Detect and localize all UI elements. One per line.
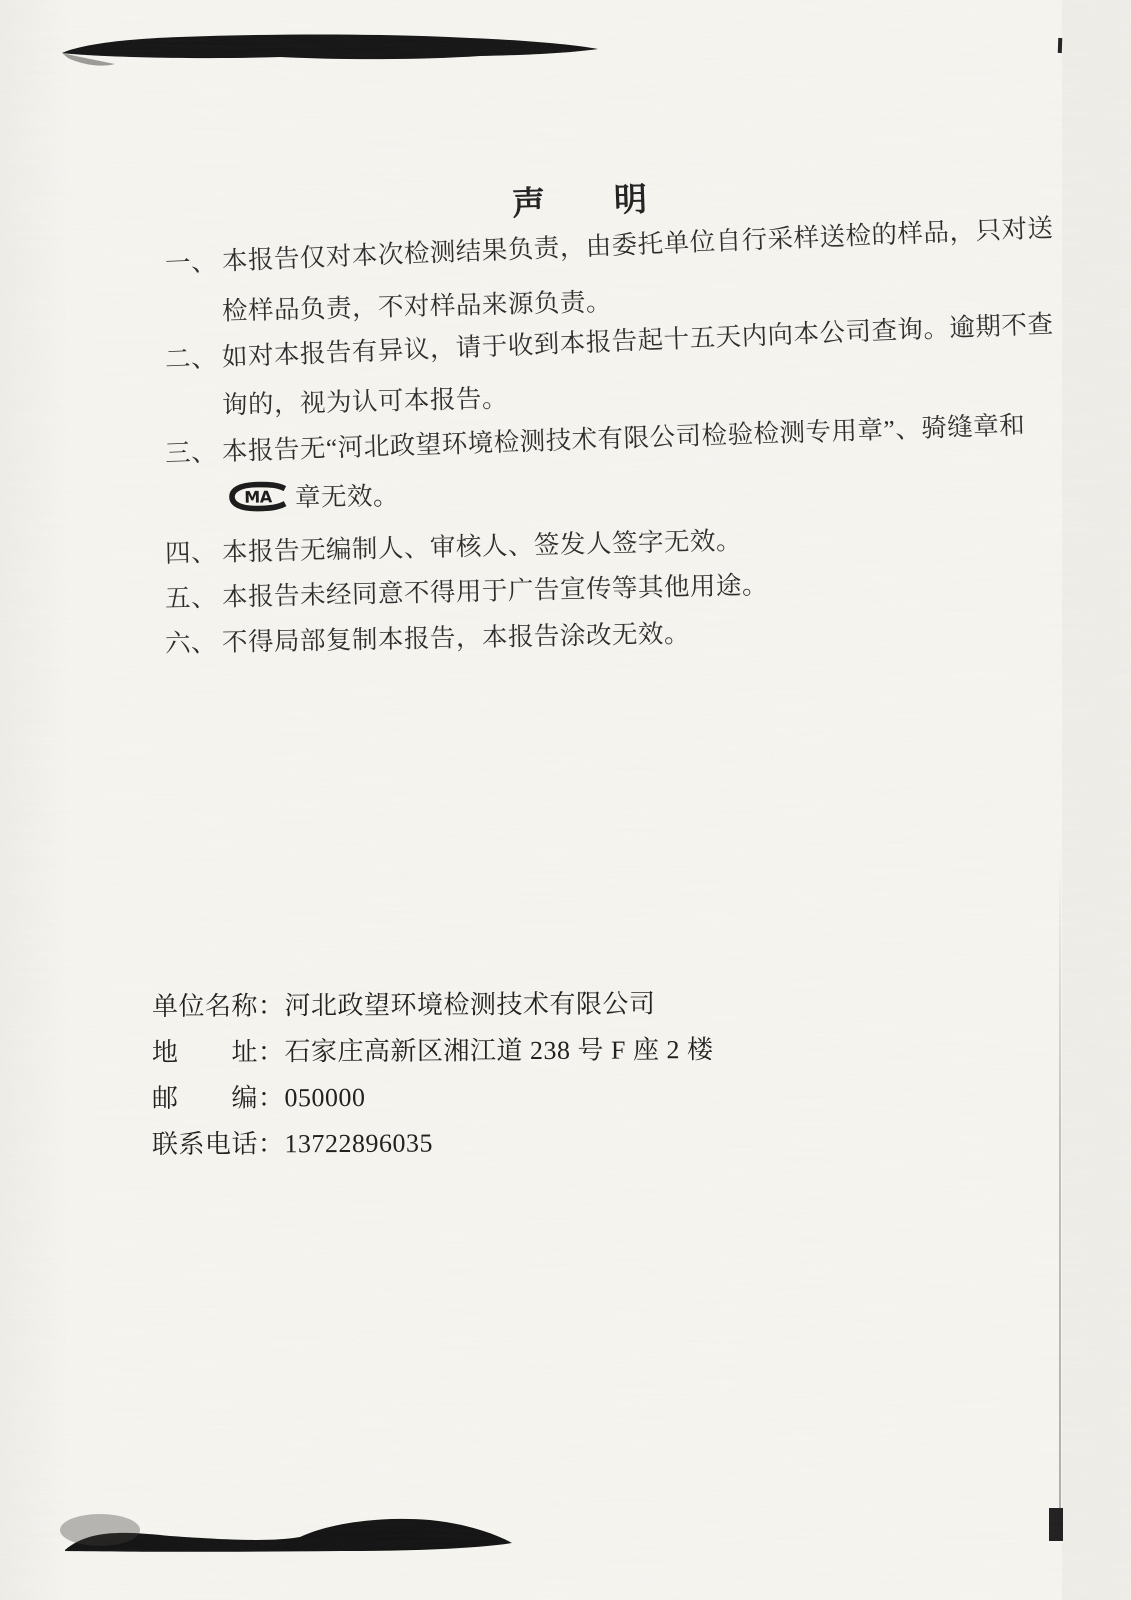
cma-logo-letters: MA [244, 487, 273, 506]
item-number [165, 310, 222, 311]
scan-artifact-fold-line [1059, 860, 1061, 1510]
cma-logo-icon: MA [228, 481, 290, 512]
statement-text: 询的，视为认可本报告。 [222, 379, 509, 422]
item-number [165, 404, 222, 405]
item-number [165, 497, 228, 498]
statement-line-7: 四、 本报告无编制人、审核人、签发人签字无效。 [165, 521, 743, 570]
page-title: 声 明 [511, 173, 649, 225]
statement-text: 检样品负责，不对样品来源负责。 [222, 282, 613, 328]
postal-code-line: 邮 编：050000 [152, 1077, 366, 1115]
statement-line-8: 五、 本报告未经同意不得用于广告宣传等其他用途。 [165, 565, 769, 615]
item-number: 五、 [165, 578, 223, 615]
statement-text: 本报告无编制人、审核人、签发人签字无效。 [222, 521, 743, 569]
item-number: 二、 [164, 338, 222, 376]
statement-line-2: 检样品负责，不对样品来源负责。 [165, 282, 613, 329]
scan-artifact-top-right-tick [1058, 38, 1063, 53]
company-name-line: 单位名称：河北政望环境检测技术有限公司 [152, 983, 656, 1023]
title-char-1: 声 [511, 177, 547, 225]
item-number: 一、 [164, 242, 222, 280]
statement-text: 章无效。 [295, 476, 400, 514]
item-number: 三、 [164, 432, 222, 470]
statement-text: 不得局部复制本报告，本报告涂改无效。 [222, 614, 691, 659]
scan-artifact-bottom-right-block [1049, 1508, 1063, 1541]
title-char-2: 明 [613, 173, 649, 221]
statement-line-6: MA 章无效。 [165, 476, 400, 516]
item-number: 四、 [165, 533, 223, 570]
document-content: 声 明 一、 本报告仅对本次检测结果负责，由委托单位自行采样送检的样品，只对送 … [0, 0, 1131, 1600]
statement-text: 本报告未经同意不得用于广告宣传等其他用途。 [222, 565, 769, 613]
contact-phone-line: 联系电话：13722896035 [152, 1123, 433, 1161]
company-address-line: 地 址：石家庄高新区湘江道 238 号 F 座 2 楼 [152, 1029, 714, 1069]
statement-line-4: 询的，视为认可本报告。 [165, 379, 509, 423]
statement-line-9: 六、 不得局部复制本报告，本报告涂改无效。 [165, 614, 691, 660]
item-number: 六、 [165, 623, 223, 660]
